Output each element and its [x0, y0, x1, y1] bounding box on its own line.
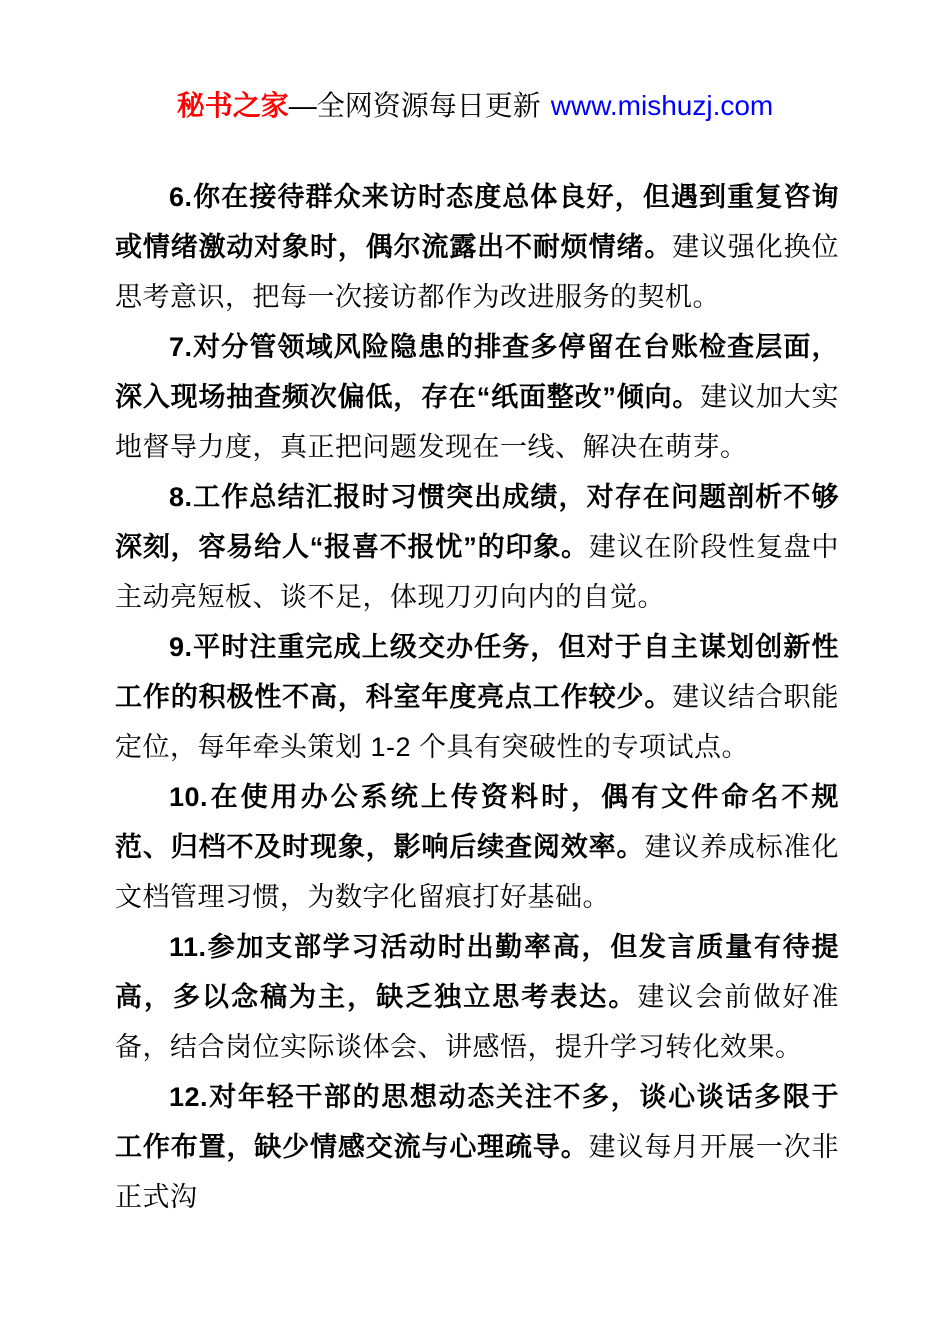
document-body: 6.你在接待群众来访时态度总体良好，但遇到重复咨询或情绪激动对象时，偶尔流露出不…: [115, 172, 839, 1222]
feedback-item-9: 9.平时注重完成上级交办任务，但对于自主谋划创新性工作的积极性不高，科室年度亮点…: [115, 622, 839, 772]
feedback-item-6: 6.你在接待群众来访时态度总体良好，但遇到重复咨询或情绪激动对象时，偶尔流露出不…: [115, 172, 839, 322]
page-header: 秘书之家—全网资源每日更新www.mishuzj.com: [0, 88, 950, 124]
feedback-item-7: 7.对分管领域风险隐患的排查多停留在台账检查层面，深入现场抽查频次偏低，存在“纸…: [115, 322, 839, 472]
feedback-item-10: 10.在使用办公系统上传资料时，偶有文件命名不规范、归档不及时现象，影响后续查阅…: [115, 772, 839, 922]
document-page: 秘书之家—全网资源每日更新www.mishuzj.com 6.你在接待群众来访时…: [0, 0, 950, 1344]
header-tagline: —全网资源每日更新: [289, 90, 541, 121]
feedback-item-12: 12.对年轻干部的思想动态关注不多，谈心谈话多限于工作布置，缺少情感交流与心理疏…: [115, 1072, 839, 1222]
feedback-item-8: 8.工作总结汇报时习惯突出成绩，对存在问题剖析不够深刻，容易给人“报喜不报忧”的…: [115, 472, 839, 622]
site-url-link[interactable]: www.mishuzj.com: [551, 90, 773, 121]
site-name: 秘书之家: [177, 90, 289, 121]
feedback-item-11: 11.参加支部学习活动时出勤率高，但发言质量有待提高，多以念稿为主，缺乏独立思考…: [115, 922, 839, 1072]
